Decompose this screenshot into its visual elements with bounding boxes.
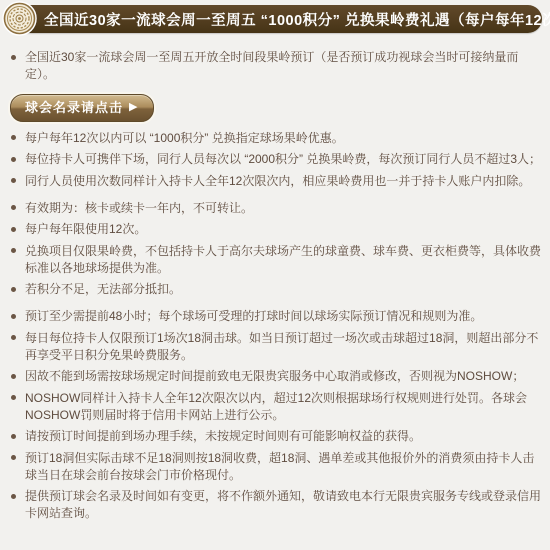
benefit-page: 全国近30家一流球会周一至周五 “1000积分” 兑换果岭费礼遇（每户每年12次… [0, 0, 550, 550]
bullet-item: 兑换项目仅限果岭费，不包括持卡人于高尔夫球场产生的球童费、球车费、更衣柜费等，具… [8, 243, 544, 277]
bullet-icon [11, 227, 16, 232]
bullet-item: 每户每年限使用12次。 [8, 221, 544, 238]
bullet-text: 每日每位持卡人仅限预订1场次18洞击球。如当日预订超过一场次或击球超过18洞，则… [25, 331, 538, 362]
club-list-button-label: 球会名录请点击 [25, 99, 123, 116]
bullet-text: 同行人员使用次数同样计入持卡人全年12次限次内，相应果岭费用也一并于持卡人账户内… [25, 174, 530, 188]
bullet-item: 预订至少需提前48小时；每个球场可受理的打球时间以球场实际预订情况和规则为准。 [8, 308, 544, 325]
bullet-text: 预订18洞但实际击球不足18洞则按18洞收费，超18洞、遇单差或其他报价外的消费… [25, 451, 534, 482]
bullet-icon [11, 55, 16, 60]
bullet-text: 请按预订时间提前到场办理手续，未按规定时间则有可能影响权益的获得。 [25, 429, 421, 443]
bullet-icon [11, 314, 16, 319]
club-list-button[interactable]: 球会名录请点击 ▶ [10, 94, 154, 122]
bullet-item: 每日每位持卡人仅限预订1场次18洞击球。如当日预订超过一场次或击球超过18洞，则… [8, 330, 544, 364]
bullet-item: 每位持卡人可携伴下场，同行人员每次以 “2000积分” 兑换果岭费，每次预订同行… [8, 151, 544, 168]
bullet-item: 若积分不足，无法部分抵扣。 [8, 281, 544, 298]
bullet-icon [11, 157, 16, 162]
bullet-text: 每户每年限使用12次。 [25, 222, 146, 236]
bullet-icon [11, 178, 16, 183]
bullet-item: 因故不能到场需按球场规定时间提前致电无限贵宾服务中心取消或修改，否则视为NOSH… [8, 368, 544, 385]
bullet-item: 请按预订时间提前到场办理手续，未按规定时间则有可能影响权益的获得。 [8, 428, 544, 445]
bullet-icon [11, 374, 16, 379]
play-arrow-icon: ▶ [129, 99, 137, 116]
content: 全国近30家一流球会周一至周五开放全时间段果岭预订（是否预订成功视球会当时可接纳… [0, 38, 550, 522]
page-title: 全国近30家一流球会周一至周五 “1000积分” 兑换果岭费礼遇（每户每年12次… [44, 9, 550, 30]
bullet-icon [11, 205, 16, 210]
bullet-item: 有效期为：核卡或续卡一年内，不可转让。 [8, 200, 544, 217]
bullet-item: 全国近30家一流球会周一至周五开放全时间段果岭预订（是否预订成功视球会当时可接纳… [8, 49, 544, 83]
bullet-icon [11, 248, 16, 253]
bullet-text: 兑换项目仅限果岭费，不包括持卡人于高尔夫球场产生的球童费、球车费、更衣柜费等，具… [25, 244, 541, 275]
header-bar: 全国近30家一流球会周一至周五 “1000积分” 兑换果岭费礼遇（每户每年12次… [16, 5, 542, 33]
bullet-text: NOSHOW同样计入持卡人全年12次限次以内，超过12次则根据球场行权规则进行处… [25, 391, 527, 422]
bullet-text: 提供预订球会名录及时间如有变更，将不作额外通知，敬请致电本行无限贵宾服务专线或登… [25, 489, 541, 520]
bullet-icon [11, 455, 16, 460]
button-row: 球会名录请点击 ▶ [8, 88, 544, 130]
bullet-text: 若积分不足，无法部分抵扣。 [25, 282, 181, 296]
bullet-text: 预订至少需提前48小时；每个球场可受理的打球时间以球场实际预订情况和规则为准。 [25, 309, 482, 323]
bullet-item: NOSHOW同样计入持卡人全年12次限次以内，超过12次则根据球场行权规则进行处… [8, 390, 544, 424]
bullet-text: 因故不能到场需按球场规定时间提前致电无限贵宾服务中心取消或修改，否则视为NOSH… [25, 369, 524, 383]
bullet-item: 同行人员使用次数同样计入持卡人全年12次限次内，相应果岭费用也一并于持卡人账户内… [8, 173, 544, 190]
bullet-text: 每位持卡人可携伴下场，同行人员每次以 “2000积分” 兑换果岭费，每次预订同行… [25, 152, 541, 166]
bullet-text: 有效期为：核卡或续卡一年内，不可转让。 [25, 201, 253, 215]
bullet-icon [11, 395, 16, 400]
bullet-icon [11, 434, 16, 439]
bullet-icon [11, 135, 16, 140]
bullet-text: 每户每年12次以内可以 “1000积分” 兑换指定球场果岭优惠。 [25, 131, 344, 145]
bullet-icon [11, 494, 16, 499]
bullet-icon [11, 335, 16, 340]
gold-seal-icon [2, 1, 37, 36]
bullet-item: 每户每年12次以内可以 “1000积分” 兑换指定球场果岭优惠。 [8, 130, 544, 147]
page-header: 全国近30家一流球会周一至周五 “1000积分” 兑换果岭费礼遇（每户每年12次… [0, 0, 550, 38]
bullet-item: 预订18洞但实际击球不足18洞则按18洞收费，超18洞、遇单差或其他报价外的消费… [8, 450, 544, 484]
bullet-text: 全国近30家一流球会周一至周五开放全时间段果岭预订（是否预订成功视球会当时可接纳… [25, 50, 518, 81]
bullet-icon [11, 287, 16, 292]
bullet-item: 提供预订球会名录及时间如有变更，将不作额外通知，敬请致电本行无限贵宾服务专线或登… [8, 488, 544, 522]
